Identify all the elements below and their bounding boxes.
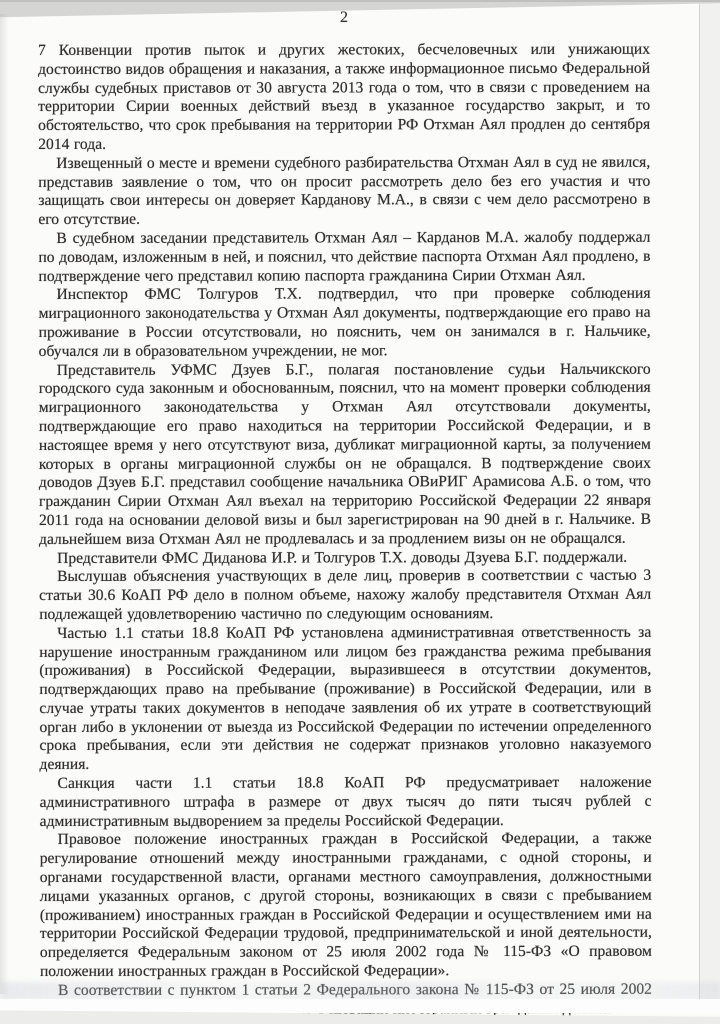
- paragraph: Представители ФМС Диданова И.Р. и Толгур…: [39, 548, 651, 568]
- scan-edge-left: [0, 14, 9, 994]
- paragraph: Санкция части 1.1 статьи 18.8 КоАП РФ пр…: [40, 774, 652, 832]
- document-body: 7 Конвенции против пыток и других жесток…: [38, 41, 652, 1020]
- scan-bottom-shadow: [0, 982, 720, 1000]
- paragraph: Инспектор ФМС Толгуров Т.Х. подтвердил, …: [39, 285, 651, 361]
- scanned-page: 2 7 Конвенции против пыток и других жест…: [0, 0, 720, 1024]
- paragraph: Представитель УФМС Дзуев Б.Г., полагая п…: [39, 360, 651, 549]
- paragraph: Частью 1.1 статьи 18.8 КоАП РФ установле…: [39, 623, 651, 775]
- paragraph-continuation: 7 Конвенции против пыток и других жесток…: [38, 41, 650, 155]
- paragraph: В судебном заседании представитель Отхма…: [38, 229, 650, 287]
- scan-platen-band: [0, 999, 720, 1013]
- paragraph: Правовое положение иностранных граждан в…: [40, 830, 652, 982]
- paragraph: Извещенный о месте и времени судебного р…: [38, 153, 650, 229]
- paragraph: Выслушав объяснения участвующих в деле л…: [39, 567, 651, 625]
- scan-edge-top-line: [0, 0, 720, 2]
- scan-edge-right-shade: [700, 3, 720, 1008]
